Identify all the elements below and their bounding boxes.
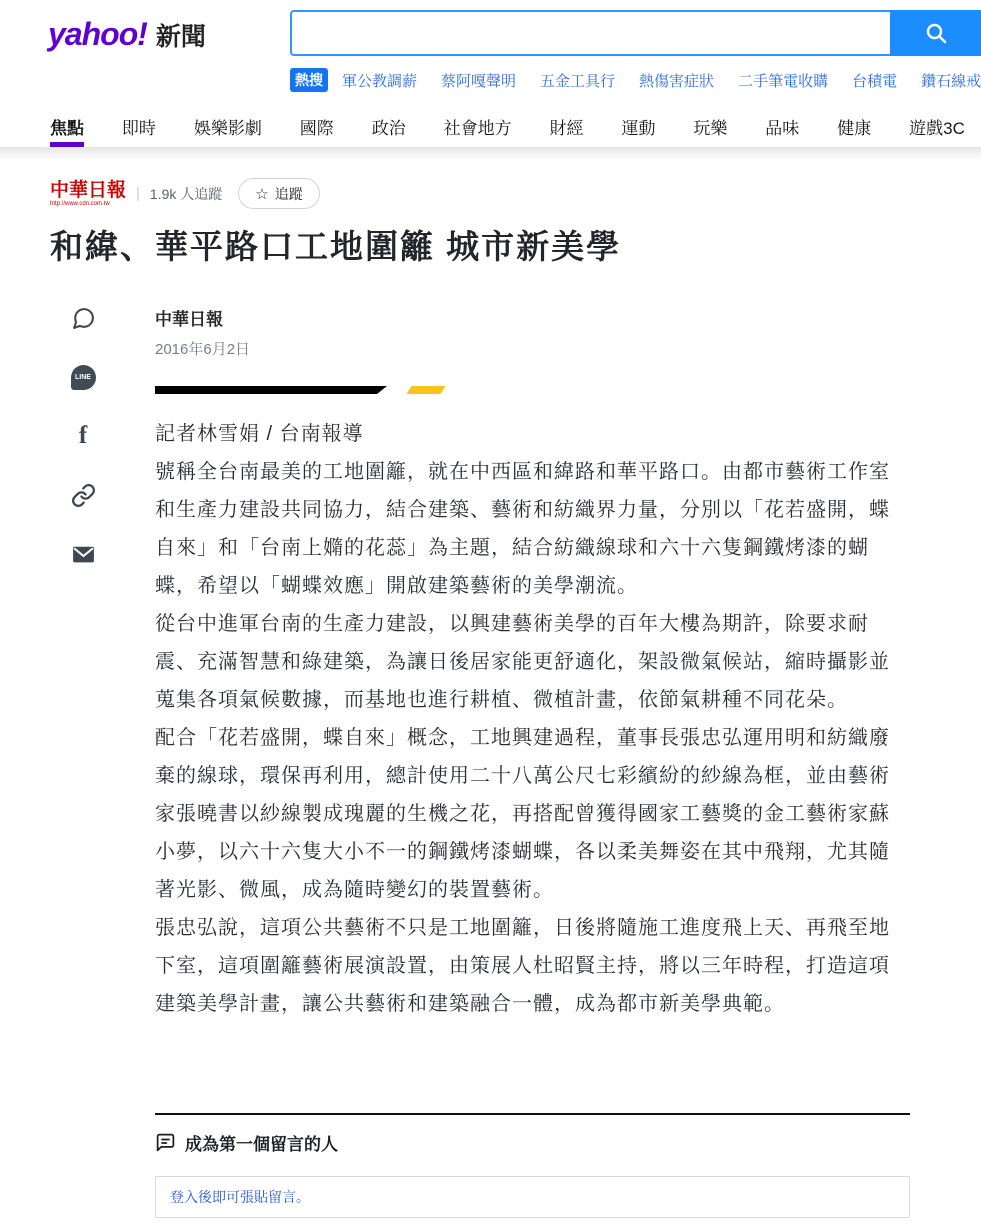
follow-button[interactable]: ☆ 追蹤 (238, 178, 319, 209)
mail-share-icon[interactable] (70, 541, 96, 567)
article-paragraph: 記者林雪娟 / 台南報導 (155, 415, 910, 453)
search-icon (924, 21, 948, 45)
comments-divider (155, 1113, 910, 1115)
line-share-icon[interactable]: LINE (70, 364, 96, 390)
comments-section: 成為第一個留言的人 登入後即可張貼留言。 (155, 1113, 910, 1218)
article-paragraph: 張忠弘說，這項公共藝術不只是工地圍籬，日後將隨施工進度飛上天、再飛至地下室，這項… (155, 909, 910, 1023)
nav-tab[interactable]: 焦點 (50, 105, 84, 147)
article-divider (155, 386, 910, 394)
trending-term-link[interactable]: 鑽石線戒 (921, 70, 981, 91)
nav-tab-label: 即時 (122, 114, 156, 139)
nav-tab-label: 社會地方 (444, 114, 512, 139)
yahoo-news-logo[interactable]: yahoo! 新聞 (48, 16, 206, 53)
nav-tab[interactable]: 社會地方 (444, 105, 512, 147)
facebook-share-icon[interactable]: f (70, 423, 96, 449)
nav-tab-label: 國際 (300, 114, 334, 139)
nav-tab[interactable]: 娛樂影劇 (194, 105, 262, 147)
trending-term-link[interactable]: 熱傷害症狀 (639, 70, 714, 91)
provider-row: 中華日報 http://www.cdn.com.tw | 1.9k 人追蹤 ☆ … (50, 178, 931, 209)
trending-badge: 熱搜 (290, 68, 328, 92)
comment-login-box[interactable]: 登入後即可張貼留言。 (155, 1176, 910, 1218)
search-button[interactable] (890, 10, 981, 56)
nav-tab-label: 焦點 (50, 114, 84, 139)
nav-tab[interactable]: 政治 (372, 105, 406, 147)
nav-tab[interactable]: 遊戲3C (909, 105, 965, 147)
provider-followers-count: 1.9k 人追蹤 (150, 184, 222, 204)
provider-logo[interactable]: 中華日報 http://www.cdn.com.tw (50, 181, 126, 207)
nav-bottom-shadow (0, 147, 981, 160)
trending-term-link[interactable]: 五金工具行 (540, 70, 615, 91)
nav-tab[interactable]: 即時 (122, 105, 156, 147)
nav-tab-label: 玩樂 (693, 114, 727, 139)
nav-tab[interactable]: 品味 (765, 105, 799, 147)
news-vertical-label: 新聞 (156, 17, 206, 53)
yahoo-news-article-page: yahoo! 新聞 熱搜 軍公教調薪蔡阿嘎聲明五金工具行熱傷害症狀二手筆電收購台… (0, 0, 981, 1225)
comments-title: 成為第一個留言的人 (185, 1130, 338, 1155)
star-icon: ☆ (255, 185, 268, 203)
search-input[interactable] (290, 10, 890, 56)
copy-link-icon[interactable] (70, 482, 96, 508)
nav-tab[interactable]: 運動 (621, 105, 655, 147)
provider-separator: | (136, 185, 140, 202)
provider-url-text: http://www.cdn.com.tw (50, 201, 126, 207)
trending-searches: 熱搜 軍公教調薪蔡阿嘎聲明五金工具行熱傷害症狀二手筆電收購台積電鑽石線戒江坤俊醫… (290, 68, 981, 92)
nav-tab-label: 遊戲3C (909, 114, 965, 139)
follow-button-label: 追蹤 (275, 184, 303, 204)
article-paragraph: 配合「花若盛開，蝶自來」概念，工地興建過程，董事長張忠弘運用明和紡織廢棄的線球，… (155, 719, 910, 909)
login-to-comment-link[interactable]: 登入後即可張貼留言。 (170, 1187, 310, 1207)
comment-icon[interactable] (70, 305, 96, 331)
category-nav: 焦點即時娛樂影劇國際政治社會地方財經運動玩樂品味健康遊戲3C (0, 105, 981, 147)
share-toolbar: LINE f (50, 305, 155, 1023)
nav-tab-label: 娛樂影劇 (194, 114, 262, 139)
trending-term-link[interactable]: 軍公教調薪 (342, 70, 417, 91)
nav-tab-label: 品味 (765, 114, 799, 139)
article-main: 中華日報 http://www.cdn.com.tw | 1.9k 人追蹤 ☆ … (50, 160, 931, 1023)
nav-tab[interactable]: 財經 (550, 105, 584, 147)
nav-tab-label: 健康 (837, 114, 871, 139)
nav-tab-label: 運動 (621, 114, 655, 139)
yahoo-logo-text: yahoo! (48, 16, 147, 53)
line-icon-label: LINE (75, 374, 91, 381)
nav-tab-label: 財經 (550, 114, 584, 139)
article-body: 中華日報 2016年6月2日 記者林雪娟 / 台南報導號稱全台南最美的工地圍籬，… (155, 305, 910, 1023)
search-bar (290, 10, 981, 56)
article-title: 和緯、華平路口工地圍籬 城市新美學 (50, 225, 931, 269)
nav-tab-label: 政治 (372, 114, 406, 139)
trending-term-link[interactable]: 二手筆電收購 (738, 70, 828, 91)
byline-date: 2016年6月2日 (155, 338, 910, 359)
facebook-f-glyph: f (79, 422, 87, 450)
trending-term-link[interactable]: 蔡阿嘎聲明 (441, 70, 516, 91)
nav-tab[interactable]: 玩樂 (693, 105, 727, 147)
nav-tab[interactable]: 國際 (300, 105, 334, 147)
article-paragraph: 從台中進軍台南的生產力建設，以興建藝術美學的百年大樓為期許，除要求耐震、充滿智慧… (155, 605, 910, 719)
byline-source: 中華日報 (155, 305, 910, 330)
comments-bubble-icon (155, 1132, 176, 1153)
article-paragraph: 號稱全台南最美的工地圍籬，就在中西區和緯路和華平路口。由都市藝術工作室和生產力建… (155, 453, 910, 605)
provider-name: 中華日報 (50, 181, 126, 200)
divider-black-bar (155, 386, 387, 394)
divider-yellow-bar (407, 386, 446, 394)
nav-tab[interactable]: 健康 (837, 105, 871, 147)
article-paragraphs: 記者林雪娟 / 台南報導號稱全台南最美的工地圍籬，就在中西區和緯路和華平路口。由… (155, 415, 910, 1023)
trending-term-link[interactable]: 台積電 (852, 70, 897, 91)
